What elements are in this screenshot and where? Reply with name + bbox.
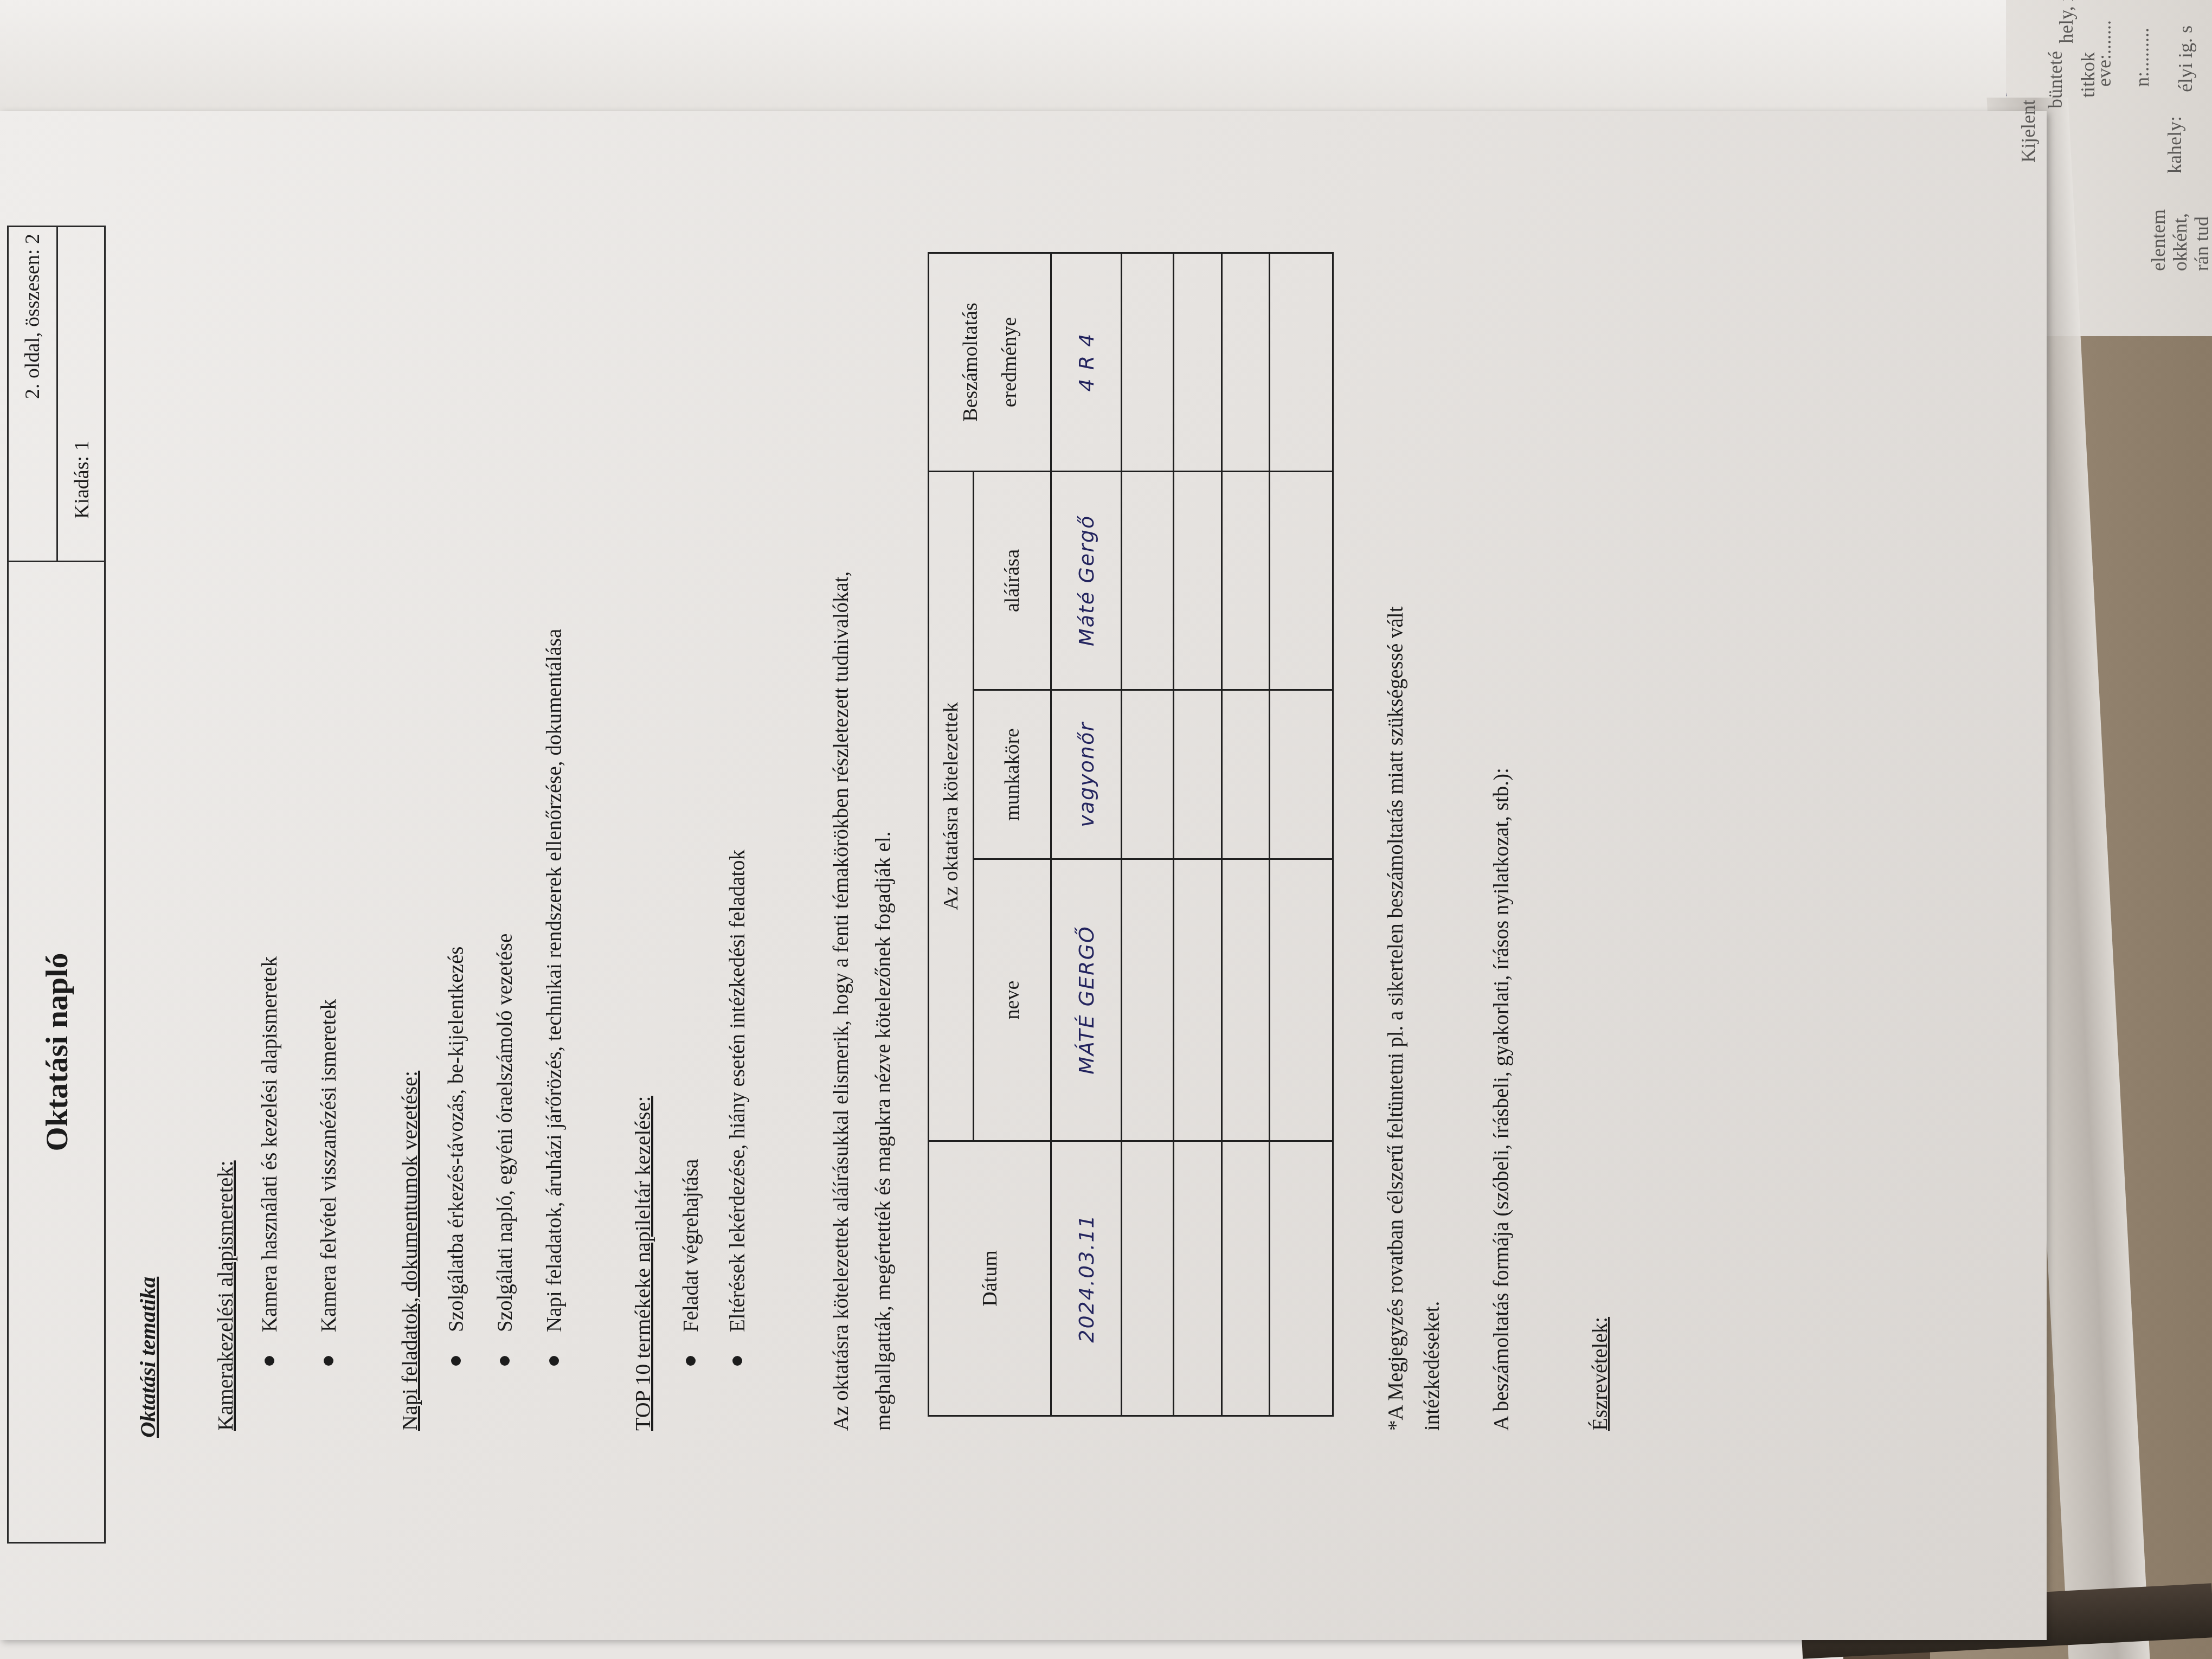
topic-item: Kamera használati és kezelési alapismere…	[259, 956, 280, 1332]
cell-result[interactable]: 4 R 4	[1051, 253, 1122, 471]
topic-item: Eltérések lekérdezése, hiány esetén inté…	[727, 850, 748, 1332]
cell-role[interactable]	[1174, 690, 1222, 859]
cell-name[interactable]	[1222, 859, 1270, 1141]
col-header-group: Az oktatásra kötelezettek	[929, 471, 974, 1141]
table-row: 2024.03.11 MÁTÉ GERGŐ vagyonőr Máté Gerg…	[1051, 253, 1122, 1416]
col-header-result-line2: eredménye	[998, 254, 1021, 471]
cell-signature[interactable]	[1174, 471, 1222, 690]
table-row	[1270, 253, 1333, 1416]
col-header-result: Beszámoltatás eredménye	[929, 253, 1051, 471]
col-header-date: Dátum	[929, 1141, 1051, 1416]
cell-signature[interactable]	[1222, 471, 1270, 690]
cell-date[interactable]	[1122, 1141, 1174, 1416]
cell-signature[interactable]	[1122, 471, 1174, 690]
topic-item: Feladat végrehajtása	[680, 1159, 702, 1332]
remarks-label: Észrevételek:	[1590, 1317, 1611, 1431]
bullet-icon	[686, 1356, 696, 1366]
acknowledgement-line: meghallgatták, megértették és magukra né…	[873, 831, 894, 1431]
footnote-line: intézkedéseket.	[1422, 1301, 1443, 1431]
cell-result[interactable]	[1270, 253, 1333, 471]
cell-name[interactable]	[1122, 859, 1174, 1141]
training-log-table: Dátum Az oktatásra kötelezettek Beszámol…	[928, 252, 1334, 1417]
cell-result[interactable]	[1122, 253, 1174, 471]
edition-info: Kiadás: 1	[58, 227, 106, 562]
cell-result[interactable]	[1174, 253, 1222, 471]
page-info: 2. oldal, összesen: 2	[9, 227, 58, 562]
col-header-name: neve	[974, 859, 1051, 1141]
acknowledgement-line: Az oktatásra kötelezettek aláírásukkal e…	[831, 571, 852, 1431]
table-row	[1222, 253, 1270, 1416]
footnote-line: *A Megjegyzés rovatban célszerű feltünte…	[1385, 607, 1406, 1431]
document-title: Oktatási napló	[9, 561, 104, 1542]
cell-result[interactable]	[1222, 253, 1270, 471]
cell-date[interactable]: 2024.03.11	[1051, 1141, 1122, 1416]
cell-name[interactable]	[1174, 859, 1222, 1141]
col-header-role: munkaköre	[974, 690, 1051, 859]
cell-name[interactable]: MÁTÉ GERGŐ	[1051, 859, 1122, 1141]
cell-role[interactable]	[1270, 690, 1333, 859]
bullet-icon	[324, 1356, 333, 1366]
table-row	[1122, 253, 1174, 1416]
topic-heading: TOP 10 termékeke napileltár kezelése:	[630, 1096, 655, 1431]
bullet-icon	[500, 1356, 510, 1366]
bullet-icon	[451, 1356, 461, 1366]
topic-item: Szolgálatba érkezés-távozás, be-kijelent…	[446, 947, 467, 1332]
bullet-icon	[265, 1356, 274, 1366]
topic-heading: Napi feladatok, dokumentumok vezetése:	[397, 1071, 422, 1431]
document-header: Oktatási napló 2. oldal, összesen: 2 Kia…	[7, 226, 106, 1544]
col-header-signature: aláírása	[974, 471, 1051, 690]
topic-item: Szolgálati napló, egyéni óraelszámoló ve…	[494, 934, 516, 1332]
cell-role[interactable]	[1122, 690, 1174, 859]
bullet-icon	[732, 1356, 742, 1366]
cell-date[interactable]	[1174, 1141, 1222, 1416]
assessment-form-label: A beszámoltatás formája (szóbeli, írásbe…	[1491, 768, 1512, 1431]
section-title: Oktatási tematika	[134, 1277, 160, 1438]
topic-heading: Kamerakezelési alapismeretek:	[213, 1160, 238, 1431]
document: Oktatási napló 2. oldal, összesen: 2 Kia…	[0, 0, 2212, 1659]
cell-date[interactable]	[1222, 1141, 1270, 1416]
bullet-icon	[549, 1356, 559, 1366]
cell-role[interactable]	[1222, 690, 1270, 859]
header-meta: 2. oldal, összesen: 2 Kiadás: 1	[9, 227, 104, 562]
cell-date[interactable]	[1270, 1141, 1333, 1416]
cell-role[interactable]: vagyonőr	[1051, 690, 1122, 859]
topic-item: Kamera felvétel visszanézési ismeretek	[318, 999, 339, 1332]
cell-signature[interactable]: Máté Gergő	[1051, 471, 1122, 690]
table-row	[1174, 253, 1222, 1416]
cell-name[interactable]	[1270, 859, 1333, 1141]
col-header-result-line1: Beszámoltatás	[959, 254, 982, 471]
topic-item: Napi feladatok, áruházi járőrözés, techn…	[544, 629, 565, 1332]
cell-signature[interactable]	[1270, 471, 1333, 690]
